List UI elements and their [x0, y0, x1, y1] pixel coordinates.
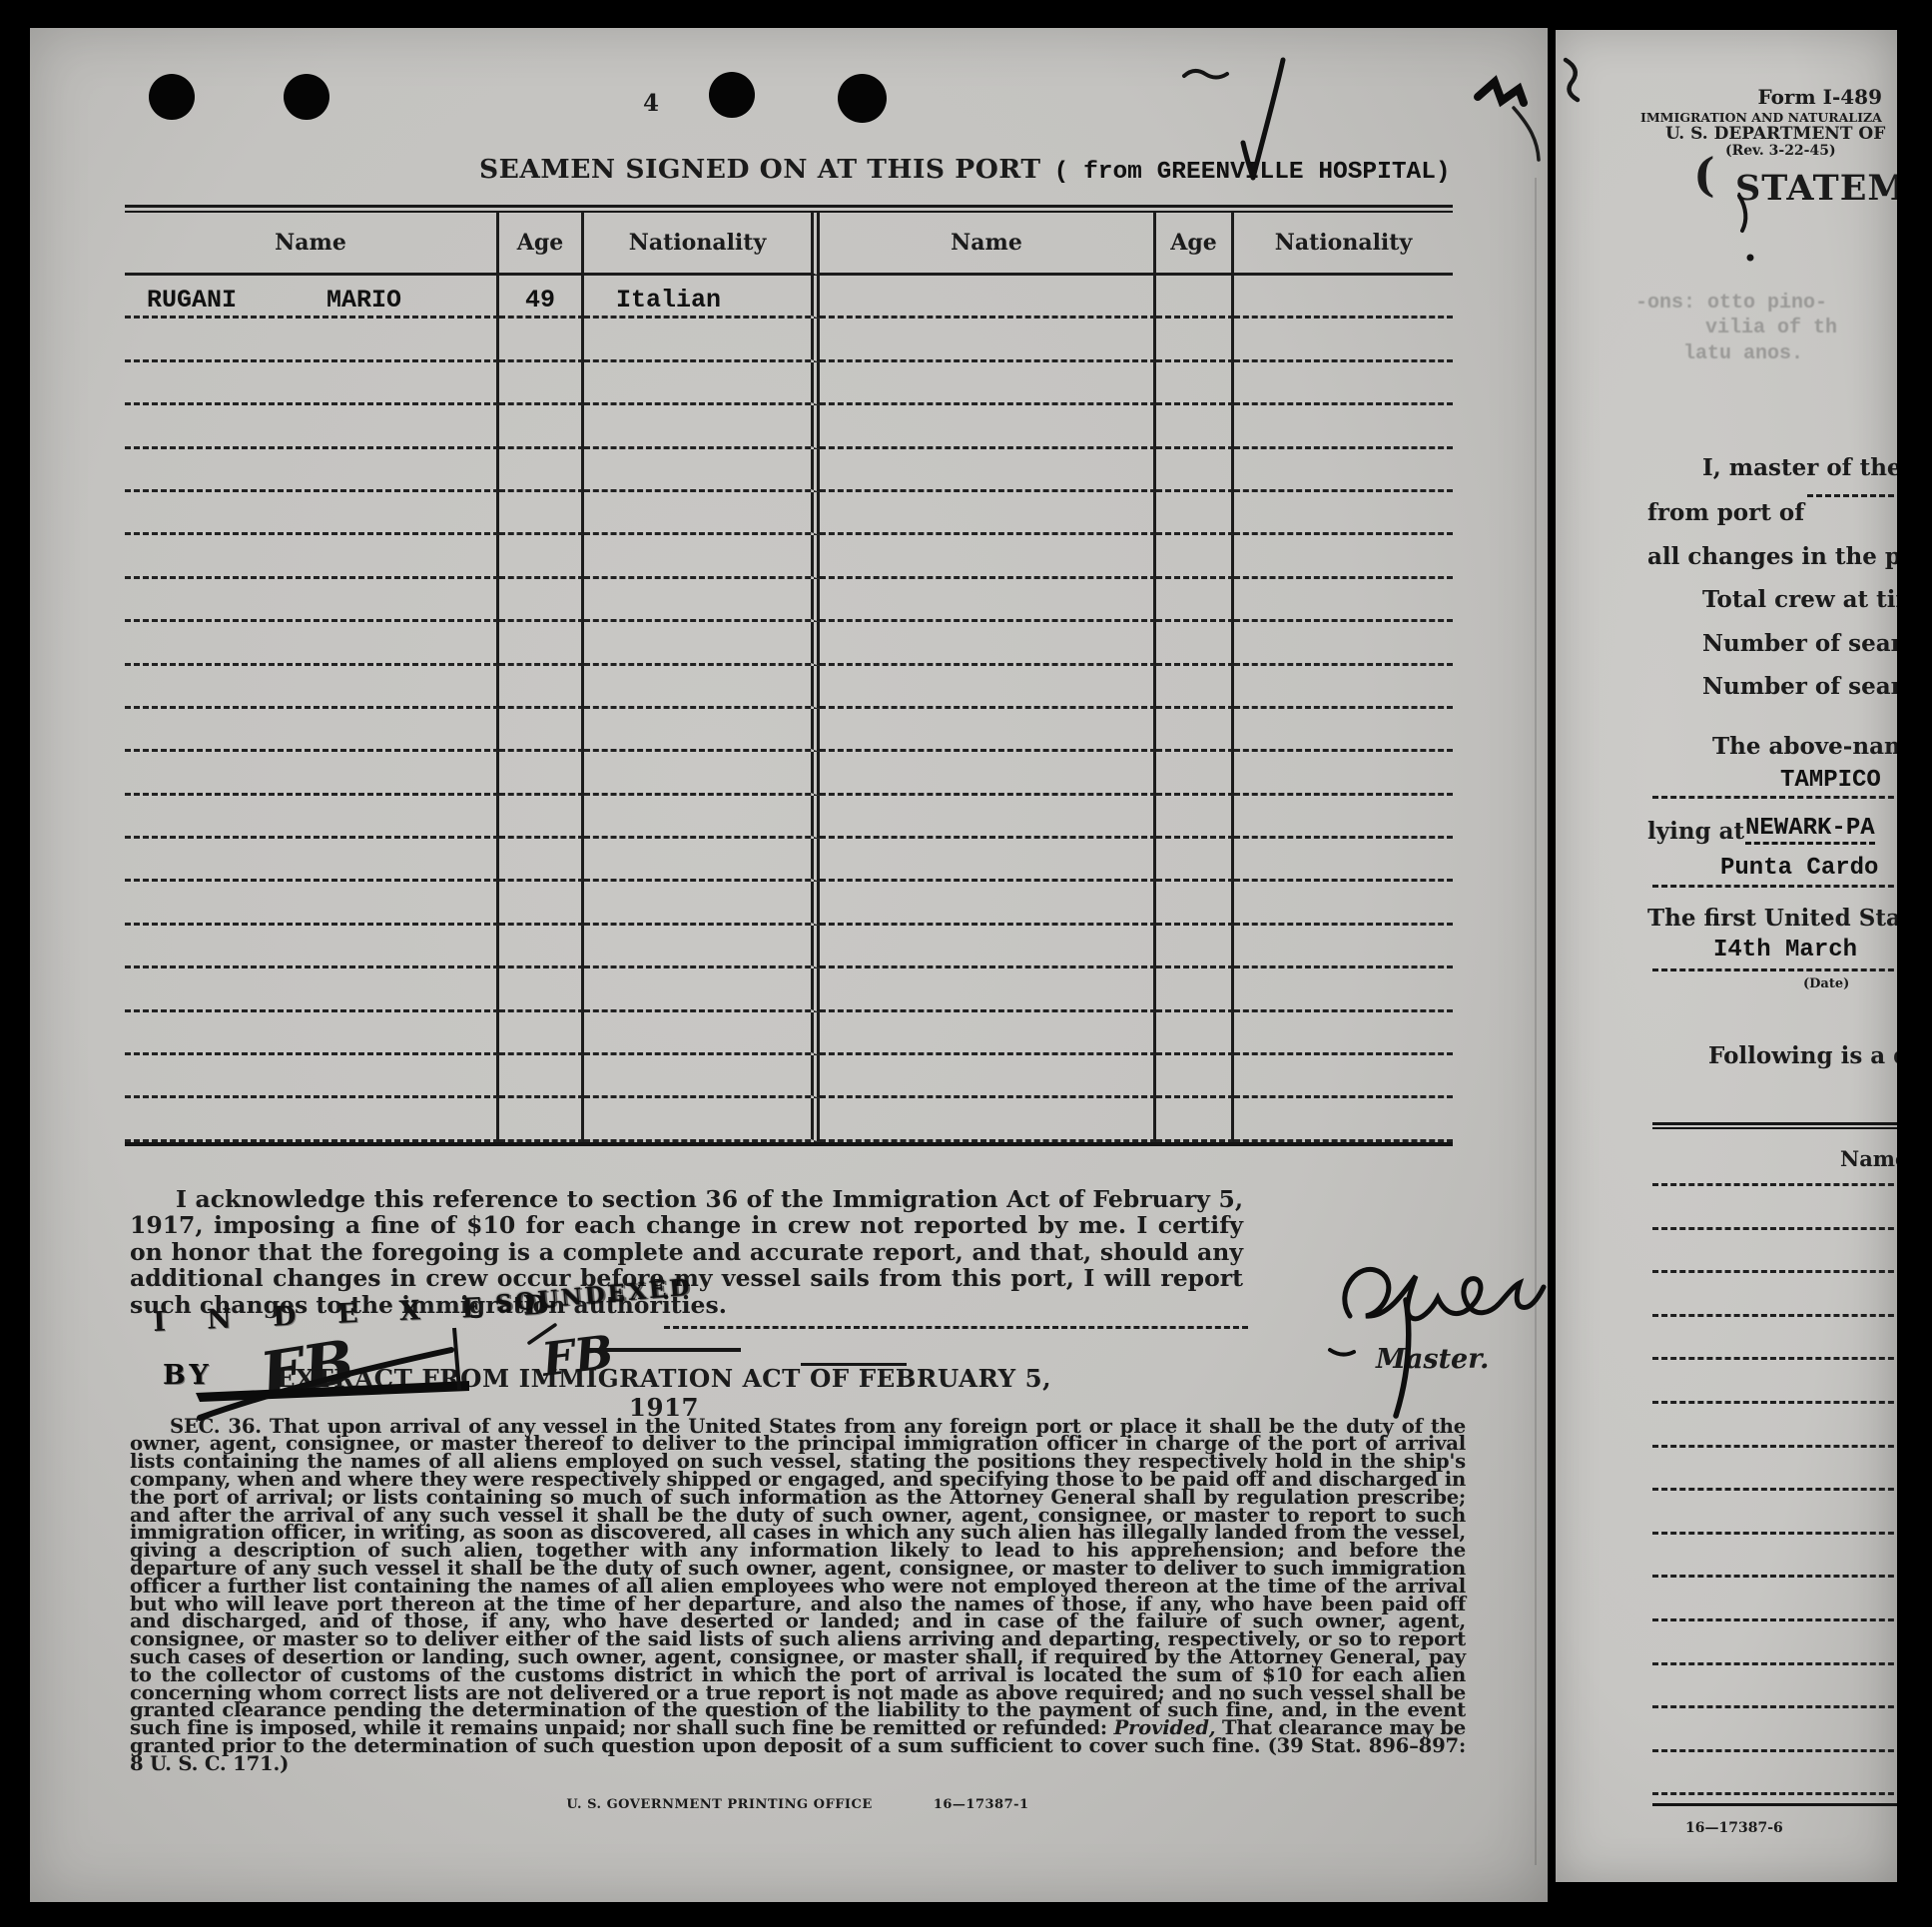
- ruled-line: [1652, 1618, 1897, 1621]
- ruled-line: [1652, 1749, 1897, 1752]
- table-bottom-rule: [1652, 1803, 1897, 1806]
- table-cell: [584, 1012, 820, 1055]
- table-cell: [820, 319, 1156, 361]
- table-cell: [584, 535, 820, 578]
- table-cell: [125, 796, 499, 839]
- table-cell: [499, 1012, 584, 1055]
- table-cell: [125, 926, 499, 968]
- table-cell: [499, 882, 584, 925]
- master-of-line: I, master of the: [1702, 454, 1897, 481]
- ruled-line: [1652, 1445, 1897, 1448]
- table-cell: [125, 405, 499, 448]
- ruled-line: [1652, 1357, 1897, 1360]
- column-header-age: Age: [499, 213, 584, 276]
- above-named-line: The above-named: [1712, 733, 1897, 760]
- table-cell: [499, 796, 584, 839]
- table-row: [125, 968, 1453, 1011]
- column-header-name: Name: [1840, 1146, 1897, 1171]
- table-cell: [125, 839, 499, 882]
- table-cell: [125, 752, 499, 795]
- table-cell: [1234, 839, 1453, 882]
- lying-at-label: lying at: [1647, 818, 1744, 845]
- cell-value: RUGANI MARIO: [125, 286, 401, 316]
- crew-report-page: 4 SEAMEN SIGNED ON AT THIS PORT ( from G…: [30, 28, 1548, 1902]
- table-cell: [820, 709, 1156, 752]
- date-value: I4th March: [1713, 937, 1857, 963]
- table-cell: [1234, 1012, 1453, 1055]
- hole-punch: [838, 74, 887, 123]
- table-row: [125, 319, 1453, 361]
- table-row: [125, 1055, 1453, 1098]
- table-row: [125, 535, 1453, 578]
- table-cell: [584, 752, 820, 795]
- table-cell: [125, 362, 499, 405]
- table-cell: [584, 405, 820, 448]
- table-cell: [584, 622, 820, 665]
- table-cell: [125, 1012, 499, 1055]
- table-cell: [125, 882, 499, 925]
- from-port-line: [1807, 494, 1897, 497]
- table-cell: [584, 1055, 820, 1098]
- table-cell: [499, 622, 584, 665]
- table-cell: [820, 839, 1156, 882]
- table-cell: [584, 449, 820, 492]
- table-cell: [820, 535, 1156, 578]
- table-cell: [499, 839, 584, 882]
- table-cell: [1234, 709, 1453, 752]
- table-row: [125, 882, 1453, 925]
- table-cell: [125, 622, 499, 665]
- table-row: [125, 362, 1453, 405]
- table-cell: [1156, 839, 1234, 882]
- ruled-line: [1652, 1227, 1897, 1230]
- table-row: [125, 449, 1453, 492]
- table-row: [125, 752, 1453, 795]
- printing-office-footer: U. S. GOVERNMENT PRINTING OFFICE 16—1738…: [130, 1797, 1466, 1812]
- table-cell: [499, 752, 584, 795]
- table-cell: [1156, 579, 1234, 622]
- table-cell: [820, 882, 1156, 925]
- table-cell: [499, 666, 584, 709]
- table-cell: [1234, 882, 1453, 925]
- scanned-document: { "colors": { "background": "#000000", "…: [0, 0, 1932, 1927]
- column-header-nationality: Nationality: [584, 213, 820, 276]
- department-line: U. S. DEPARTMENT OF: [1665, 124, 1885, 144]
- table-cell: [584, 882, 820, 925]
- table-row: [125, 709, 1453, 752]
- table-cell: Italian: [584, 276, 820, 319]
- table-cell: [584, 1098, 820, 1141]
- table-cell: [820, 449, 1156, 492]
- table-cell: [1234, 1098, 1453, 1141]
- table-cell: [1234, 362, 1453, 405]
- table-cell: [1156, 492, 1234, 535]
- table-cell: [820, 276, 1156, 319]
- changes-line: all changes in the per: [1647, 543, 1897, 570]
- statement-form-page: Form I-489 IMMIGRATION AND NATURALIZA U.…: [1556, 30, 1897, 1882]
- table-cell: [1156, 796, 1234, 839]
- form-code: 16—17387-1: [934, 1797, 1029, 1812]
- ruled-line: [1652, 1575, 1897, 1578]
- revision-date: (Rev. 3-22-45): [1725, 143, 1836, 159]
- cell-value: 49: [525, 286, 555, 316]
- table-cell: [820, 666, 1156, 709]
- hole-punch: [284, 74, 329, 120]
- table-cell: [125, 579, 499, 622]
- table-cell: [125, 1098, 499, 1141]
- table-cell: [125, 1055, 499, 1098]
- table-cell: [584, 968, 820, 1011]
- vessel-name-value: TAMPICO: [1780, 767, 1881, 794]
- table-cell: [1156, 1012, 1234, 1055]
- hole-punch: [149, 74, 195, 120]
- table-cell: [125, 968, 499, 1011]
- table-cell: [820, 1098, 1156, 1141]
- table-cell: [1234, 752, 1453, 795]
- table-cell: [1156, 319, 1234, 361]
- table-cell: [584, 926, 820, 968]
- table-cell: [1156, 1098, 1234, 1141]
- ruled-line: [1652, 1488, 1897, 1491]
- table-cell: [1156, 405, 1234, 448]
- ruled-line: [1652, 1532, 1897, 1535]
- ruled-line: [1652, 1270, 1897, 1273]
- table-cell: [584, 796, 820, 839]
- table-cell: [1156, 666, 1234, 709]
- master-title-label: Master.: [1376, 1344, 1489, 1375]
- seamen-discharged-label: Number of seamo: [1702, 673, 1897, 700]
- table-cell: [1156, 1055, 1234, 1098]
- table-cell: [499, 968, 584, 1011]
- table-cell: [1156, 362, 1234, 405]
- column-header-age: Age: [1156, 213, 1234, 276]
- table-cell: [1234, 405, 1453, 448]
- table-cell: [1234, 796, 1453, 839]
- table-cell: 49: [499, 276, 584, 319]
- table-cell: [584, 709, 820, 752]
- table-cell: [499, 709, 584, 752]
- table-cell: [820, 579, 1156, 622]
- table-cell: [1156, 535, 1234, 578]
- table-cell: [820, 968, 1156, 1011]
- table-cell: [499, 535, 584, 578]
- crew-table-rows: RUGANI MARIO49Italian: [125, 276, 1453, 1142]
- table-row: RUGANI MARIO49Italian: [125, 276, 1453, 319]
- table-cell: [820, 362, 1156, 405]
- form-code: 16—17387-6: [1685, 1820, 1783, 1836]
- table-cell: [125, 492, 499, 535]
- table-cell: [820, 926, 1156, 968]
- table-cell: [499, 405, 584, 448]
- from-port-label: from port of: [1647, 499, 1804, 526]
- table-cell: [1156, 709, 1234, 752]
- vessel-name-line: [1652, 796, 1897, 799]
- table-cell: [125, 449, 499, 492]
- statement-title: STATEMEN: [1735, 168, 1897, 209]
- extract-heading: EXTRACT FROM IMMIGRATION ACT OF FEBRUARY…: [260, 1364, 1068, 1422]
- bleedthrough-text: latu anos.: [1683, 342, 1803, 365]
- table-cell: RUGANI MARIO: [125, 276, 499, 319]
- table-header-row: Name Age Nationality Name Age Nationalit…: [125, 213, 1453, 276]
- table-cell: [1234, 319, 1453, 361]
- table-cell: [499, 492, 584, 535]
- table-cell: [820, 1055, 1156, 1098]
- page-title-typed-annotation: ( from GREENVILLE HOSPITAL): [1054, 159, 1451, 186]
- table-row: [125, 405, 1453, 448]
- table-cell: [125, 535, 499, 578]
- table-cell: [1156, 968, 1234, 1011]
- table-cell: [499, 1098, 584, 1141]
- bleedthrough-text: vilia of th: [1705, 317, 1837, 339]
- section-36-text: SEC. 36. That upon arrival of any vessel…: [130, 1418, 1466, 1773]
- table-row: [125, 492, 1453, 535]
- table-row: [125, 622, 1453, 665]
- table-cell: [499, 1055, 584, 1098]
- ruled-line: [1652, 1401, 1897, 1404]
- table-cell: [499, 362, 584, 405]
- column-header-name: Name: [820, 213, 1156, 276]
- table-cell: [1234, 579, 1453, 622]
- table-cell: [1156, 882, 1234, 925]
- printer-name: U. S. GOVERNMENT PRINTING OFFICE: [566, 1797, 872, 1812]
- table-cell: [1234, 492, 1453, 535]
- table-cell: [820, 1012, 1156, 1055]
- date-line: [1652, 968, 1897, 971]
- agency-line: IMMIGRATION AND NATURALIZA: [1640, 110, 1882, 125]
- table-cell: [1234, 968, 1453, 1011]
- ruled-line: [1652, 1705, 1897, 1708]
- table-row: [125, 926, 1453, 968]
- table-cell: [499, 449, 584, 492]
- table-cell: [1234, 1055, 1453, 1098]
- table-cell: [584, 362, 820, 405]
- table-cell: [1156, 449, 1234, 492]
- ruled-line: [1652, 1662, 1897, 1665]
- lying-at-value: NEWARK-PA: [1745, 815, 1875, 845]
- table-cell: [584, 839, 820, 882]
- indexed-by-label: BY: [163, 1360, 213, 1391]
- ruled-line: [1652, 1314, 1897, 1317]
- hole-punch: [709, 72, 755, 118]
- table-cell: [1234, 926, 1453, 968]
- cell-value: Italian: [584, 286, 721, 316]
- table-cell: [125, 709, 499, 752]
- table-cell: [820, 405, 1156, 448]
- table-row: [125, 1098, 1453, 1141]
- crew-table: Name Age Nationality Name Age Nationalit…: [125, 205, 1453, 1146]
- table-row: [125, 579, 1453, 622]
- total-crew-label: Total crew at tin: [1702, 586, 1897, 613]
- table-cell: [584, 492, 820, 535]
- table-cell: [499, 579, 584, 622]
- table-cell: [1156, 926, 1234, 968]
- table-cell: [125, 666, 499, 709]
- page-fold-crease: [1535, 178, 1537, 1865]
- table-row: [125, 796, 1453, 839]
- table-row: [125, 666, 1453, 709]
- seamen-signed-label: Number of seam: [1702, 630, 1897, 657]
- table-cell: [1234, 535, 1453, 578]
- table-cell: [1234, 276, 1453, 319]
- table-row: [125, 1012, 1453, 1055]
- ruled-line: [1652, 1183, 1897, 1186]
- table-cell: [1234, 449, 1453, 492]
- table-cell: [820, 752, 1156, 795]
- master-signature-line: [664, 1326, 1248, 1329]
- table-cell: [1234, 666, 1453, 709]
- table-cell: [820, 622, 1156, 665]
- first-us-port-line: The first United State: [1647, 905, 1897, 932]
- table-cell: [499, 319, 584, 361]
- table-cell: [1156, 752, 1234, 795]
- date-caption: (Date): [1803, 976, 1849, 991]
- table-cell: [584, 579, 820, 622]
- table-cell: [820, 492, 1156, 535]
- short-rule: [589, 1348, 741, 1352]
- table-cell: [1156, 622, 1234, 665]
- table-row: [125, 839, 1453, 882]
- bleedthrough-text: -ons: otto pino-: [1635, 292, 1827, 315]
- table-cell: [499, 926, 584, 968]
- port-line: [1652, 885, 1897, 888]
- table-cell: [820, 796, 1156, 839]
- table-cell: [584, 666, 820, 709]
- table-cell: [1156, 276, 1234, 319]
- following-line: Following is a de: [1708, 1042, 1897, 1069]
- table-cell: [1234, 622, 1453, 665]
- table-cell: [584, 319, 820, 361]
- ruled-line: [1652, 1792, 1897, 1795]
- page-title: SEAMEN SIGNED ON AT THIS PORT: [479, 154, 1041, 185]
- port-value: Punta Cardo: [1720, 855, 1878, 882]
- table-cell: [125, 319, 499, 361]
- column-header-name: Name: [125, 213, 499, 276]
- column-header-nationality: Nationality: [1234, 213, 1453, 276]
- page-number: 4: [643, 90, 659, 117]
- section-36-part1: SEC. 36. That upon arrival of any vessel…: [130, 1415, 1466, 1740]
- form-number: Form I-489: [1757, 85, 1882, 109]
- open-paren: (: [1693, 148, 1715, 202]
- table-top-rule: [1652, 1122, 1897, 1129]
